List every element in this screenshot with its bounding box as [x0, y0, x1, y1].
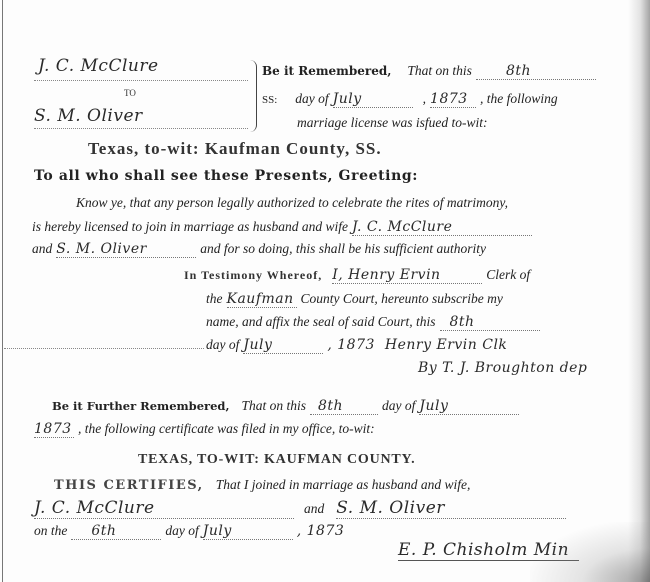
certificate-and-text: and	[304, 501, 324, 516]
be-it-remembered-line: Be it Remembered, That on this 8th	[262, 62, 596, 80]
certificate-month-field: July	[203, 523, 293, 540]
testimony-day-field: 8th	[440, 314, 540, 331]
groom-name-rule	[34, 80, 248, 81]
page-left-border	[2, 0, 3, 582]
further-line2: 1873 , the following certificate was fil…	[34, 420, 375, 438]
header-year-field: 1873	[430, 91, 476, 108]
be-it-remembered-label: Be it Remembered,	[262, 64, 391, 78]
testimony-the-text: the	[206, 291, 223, 306]
clerk-of-text: Clerk of	[486, 267, 530, 282]
to-label: TO	[124, 88, 136, 98]
certificate-day-of-text: day of	[165, 523, 198, 538]
certificate-bride-field: S. M. Oliver	[336, 498, 566, 519]
testimony-year-text: , 1873	[327, 337, 375, 353]
header-month-field: July	[333, 91, 413, 108]
license-groom-field: J. C. McClure	[352, 219, 532, 236]
license-body-line2-text: is hereby licensed to join in marriage a…	[32, 219, 348, 234]
license-body-line3-text: and for so doing, this shall be his suff…	[200, 241, 486, 256]
header-day-field: 8th	[476, 63, 596, 80]
license-body-line2: is hereby licensed to join in marriage a…	[32, 218, 532, 236]
license-body-line1: Know ye, that any person legally authori…	[76, 195, 508, 211]
certifies-text: That I joined in marriage as husband and…	[216, 477, 471, 492]
county-heading-2: TEXAS, TO-WIT: KAUFMAN COUNTY.	[138, 452, 415, 468]
testimony-line3: name, and affix the seal of said Court, …	[206, 313, 540, 331]
header-brace	[250, 60, 257, 132]
that-on-this-text: That on this	[407, 63, 472, 78]
further-remembered-label: Be it Further Remembered,	[52, 399, 229, 413]
license-bride-field: S. M. Oliver	[56, 241, 196, 258]
groom-name-header: J. C. McClure	[38, 56, 159, 76]
testimony-month-field: July	[243, 337, 323, 354]
certificate-line2: J. C. McClure and S. M. Oliver	[34, 498, 566, 519]
testimony-line1: In Testimony Whereof, I, Henry Ervin Cle…	[184, 266, 530, 284]
county-heading: Texas, to-wit: Kaufman County, SS.	[88, 139, 382, 159]
county-court-text: County Court, hereunto subscribe my	[301, 291, 503, 306]
section-divider-rule	[4, 348, 204, 349]
ss-label: SS:	[262, 94, 277, 106]
certificate-day-field: 6th	[71, 523, 161, 540]
further-year-field: 1873	[34, 421, 74, 438]
bride-name-header: S. M. Oliver	[34, 106, 143, 126]
clerk-signature: Henry Ervin Clk	[385, 337, 508, 353]
further-line2-text: , the following certificate was filed in…	[78, 421, 375, 436]
certificate-line3: on the 6th day of July , 1873	[34, 522, 344, 540]
license-issued-text: marriage license was isfued to-wit:	[297, 115, 487, 131]
license-body-line3: and S. M. Oliver and for so doing, this …	[32, 240, 486, 258]
certificate-year-text: , 1873	[297, 523, 345, 539]
scan-edge-shadow	[628, 0, 650, 582]
further-day-of-text: day of	[382, 398, 415, 413]
testimony-label: In Testimony Whereof,	[184, 268, 322, 282]
this-certifies-label: THIS CERTIFIES,	[54, 478, 204, 493]
testimony-line4: day of July , 1873 Henry Ervin Clk	[206, 336, 507, 354]
deputy-signature: By T. J. Broughton dep	[418, 360, 587, 376]
greeting-heading: To all who shall see these Presents, Gre…	[34, 168, 418, 184]
further-day-field: 8th	[310, 398, 378, 415]
county-field: Kaufman	[227, 291, 297, 308]
further-month-field: July	[419, 398, 519, 415]
license-and-text: and	[32, 241, 52, 256]
testimony-line3-text: name, and affix the seal of said Court, …	[206, 314, 436, 329]
certificate-on-the-text: on the	[34, 523, 67, 538]
scan-corner-shadow	[530, 522, 650, 582]
certificate-groom-field: J. C. McClure	[34, 498, 294, 519]
testimony-day-of-text: day of	[206, 337, 239, 352]
certificate-line1: THIS CERTIFIES, That I joined in marriag…	[54, 476, 470, 494]
further-remembered-line: Be it Further Remembered, That on this 8…	[52, 397, 519, 415]
further-that-on-this-text: That on this	[241, 398, 306, 413]
testimony-line2: the Kaufman County Court, hereunto subsc…	[206, 290, 503, 308]
bride-name-rule	[34, 128, 248, 129]
marriage-license-document: J. C. McClure TO S. M. Oliver Be it Reme…	[0, 0, 650, 582]
day-of-text: day of	[295, 91, 328, 106]
clerk-name-field: I, Henry Ervin	[332, 267, 482, 284]
header-date-line: SS: day of July , 1873 , the following	[262, 90, 558, 108]
the-following-text: , the following	[480, 91, 558, 106]
